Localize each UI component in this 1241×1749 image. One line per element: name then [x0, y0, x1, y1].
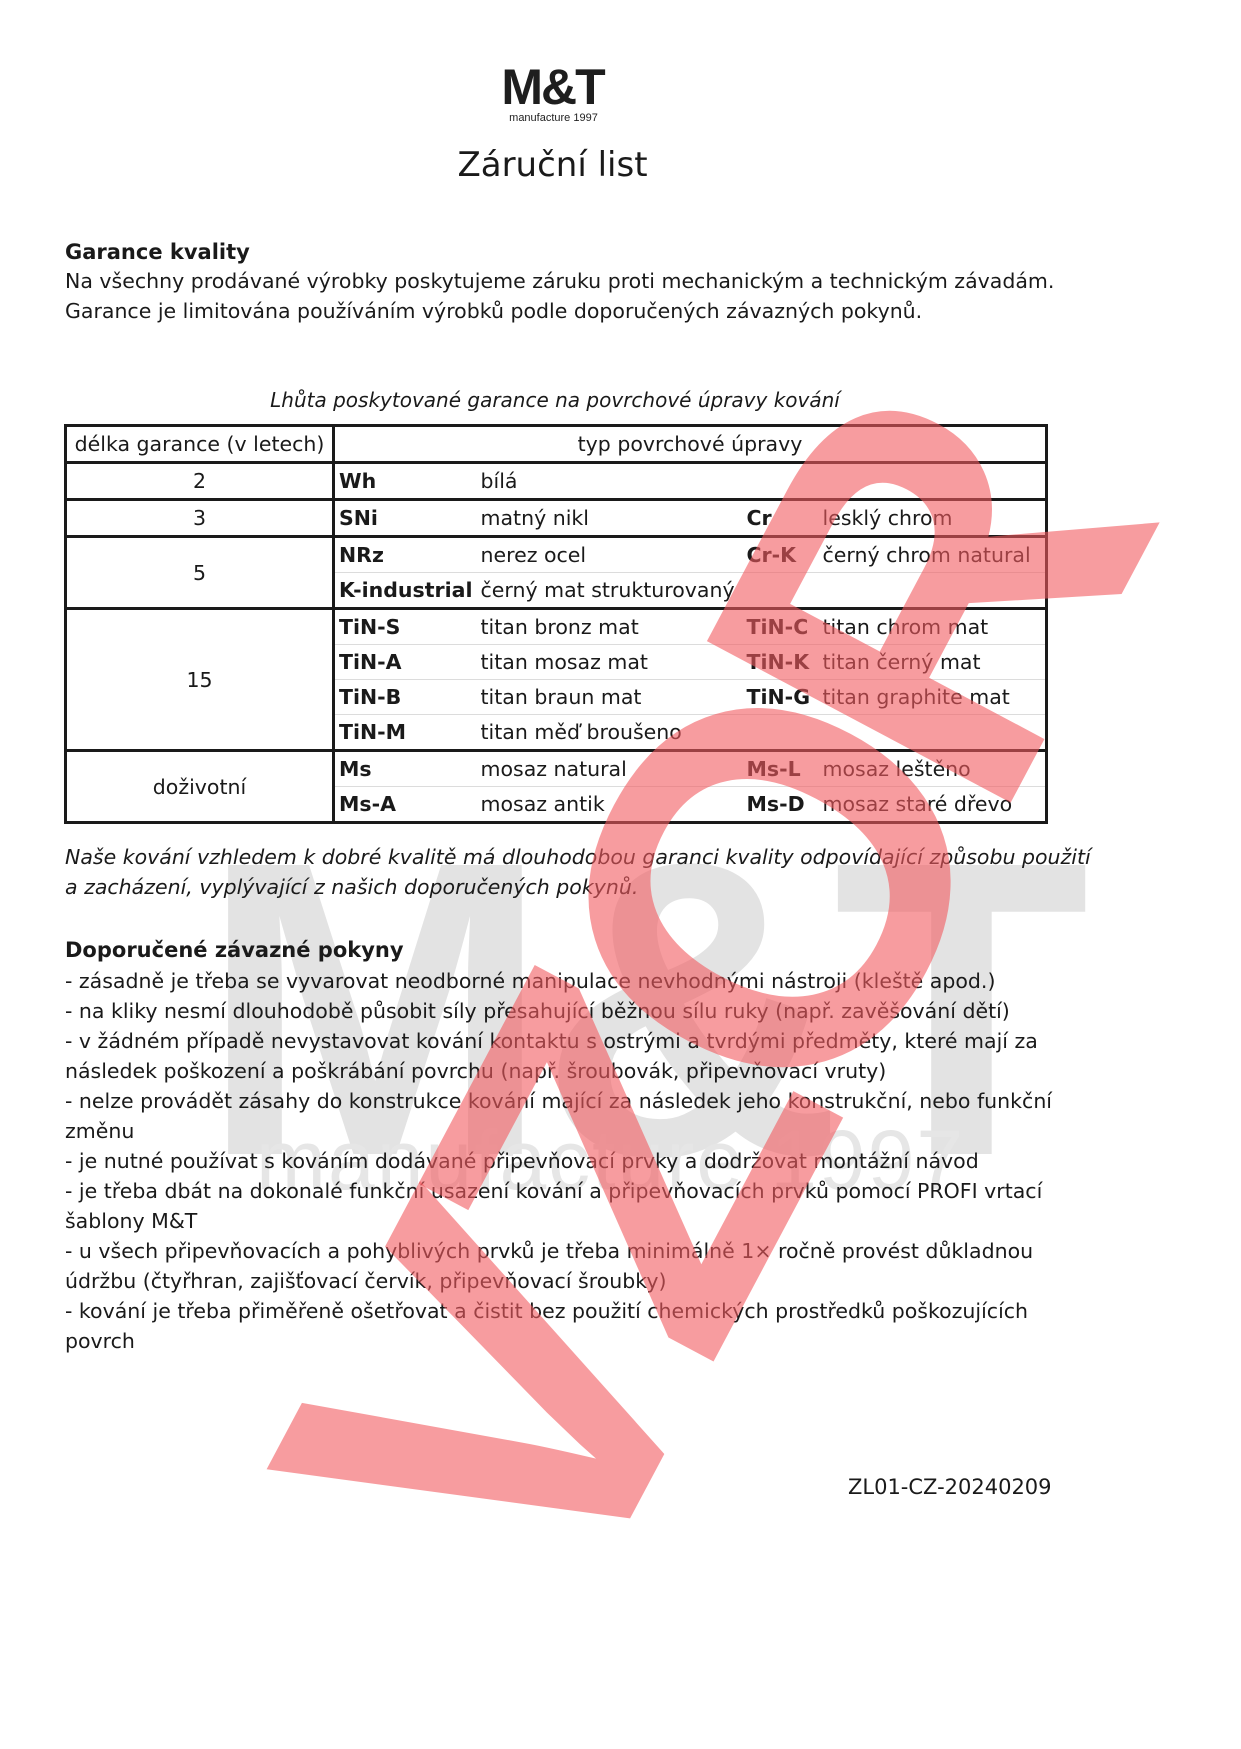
- finish-description: [819, 573, 1047, 609]
- warranty-years: 2: [66, 463, 334, 500]
- finish-description: titan braun mat: [477, 680, 743, 715]
- instruction-line: - nelze provádět zásahy do konstrukce ko…: [65, 1086, 1052, 1116]
- finish-code: TiN-C: [743, 609, 819, 645]
- finish-code: K-industrial: [334, 573, 477, 609]
- finish-description: titan bronz mat: [477, 609, 743, 645]
- page-title: Záruční list: [0, 145, 1105, 185]
- quality-line-2: Garance je limitována používáním výrobků…: [65, 296, 922, 326]
- finish-description: mosaz natural: [477, 751, 743, 787]
- instruction-line: - je nutné používat s kováním dodávané p…: [65, 1146, 979, 1176]
- warranty-years: 15: [66, 609, 334, 751]
- warranty-table: délka garance (v letech) typ povrchové ú…: [64, 424, 1048, 824]
- finish-description: černý chrom natural: [819, 537, 1047, 573]
- finish-description: titan černý mat: [819, 645, 1047, 680]
- quality-line-1: Na všechny prodávané výrobky poskytujeme…: [65, 266, 1054, 296]
- finish-code: Cr: [743, 500, 819, 537]
- instruction-line: - kování je třeba přiměřeně ošetřovat a …: [65, 1296, 1028, 1326]
- instruction-line: změnu: [65, 1116, 134, 1146]
- finish-code: Wh: [334, 463, 477, 500]
- instruction-line: - v žádném případě nevystavovat kování k…: [65, 1026, 1038, 1056]
- finish-code: Cr-K: [743, 537, 819, 573]
- finish-description: titan chrom mat: [819, 609, 1047, 645]
- warranty-years: 3: [66, 500, 334, 537]
- logo-tagline: manufacture 1997: [2, 112, 1105, 124]
- finish-code: [743, 463, 819, 500]
- finish-code: Ms: [334, 751, 477, 787]
- instructions-heading: Doporučené závazné pokyny: [65, 938, 404, 962]
- document-code: ZL01-CZ-20240209: [848, 1475, 1052, 1499]
- table-row: 2Whbílá: [66, 463, 1047, 500]
- finish-code: [743, 715, 819, 751]
- header-finish: typ povrchové úpravy: [334, 426, 1047, 463]
- finish-description: titan mosaz mat: [477, 645, 743, 680]
- finish-code: Ms-A: [334, 787, 477, 823]
- table-row: 3SNimatný niklCrlesklý chrom: [66, 500, 1047, 537]
- table-row: doživotníMsmosaz naturalMs-Lmosaz leštěn…: [66, 751, 1047, 787]
- finish-description: černý mat strukturovaný: [477, 573, 743, 609]
- note-line-1: Naše kování vzhledem k dobré kvalitě má …: [65, 842, 1091, 872]
- finish-description: titan měď broušeno: [477, 715, 743, 751]
- instruction-line: - je třeba dbát na dokonalé funkční usaz…: [65, 1176, 1042, 1206]
- finish-code: Ms-L: [743, 751, 819, 787]
- finish-description: titan graphite mat: [819, 680, 1047, 715]
- header-years: délka garance (v letech): [66, 426, 334, 463]
- warranty-years: doživotní: [66, 751, 334, 823]
- finish-description: lesklý chrom: [819, 500, 1047, 537]
- instruction-line: údržbu (čtyřhran, zajišťovací červík, př…: [65, 1266, 667, 1296]
- instruction-line: povrch: [65, 1326, 135, 1356]
- finish-code: SNi: [334, 500, 477, 537]
- note-line-2: a zacházení, vyplývající z našich doporu…: [65, 872, 638, 902]
- instruction-line: - na kliky nesmí dlouhodobě působit síly…: [65, 996, 1010, 1026]
- finish-description: mosaz leštěno: [819, 751, 1047, 787]
- finish-code: TiN-B: [334, 680, 477, 715]
- finish-code: TiN-S: [334, 609, 477, 645]
- instruction-line: - zásadně je třeba se vyvarovat neodborn…: [65, 966, 995, 996]
- finish-code: TiN-G: [743, 680, 819, 715]
- finish-description: mosaz antik: [477, 787, 743, 823]
- finish-description: [819, 715, 1047, 751]
- finish-description: matný nikl: [477, 500, 743, 537]
- finish-code: TiN-K: [743, 645, 819, 680]
- instruction-line: - u všech připevňovacích a pohyblivých p…: [65, 1236, 1033, 1266]
- warranty-years: 5: [66, 537, 334, 609]
- table-caption: Lhůta poskytované garance na povrchové ú…: [0, 388, 1110, 412]
- finish-description: [819, 463, 1047, 500]
- finish-code: TiN-A: [334, 645, 477, 680]
- finish-code: NRz: [334, 537, 477, 573]
- document-page: M&T manufacture 1997 M&T manufacture 199…: [0, 0, 1105, 1749]
- table-row: 15TiN-Stitan bronz matTiN-Ctitan chrom m…: [66, 609, 1047, 645]
- finish-description: bílá: [477, 463, 743, 500]
- finish-description: mosaz staré dřevo: [819, 787, 1047, 823]
- instruction-line: následek poškození a poškrábání povrchu …: [65, 1056, 886, 1086]
- logo-mark: M&T: [0, 62, 1105, 112]
- company-logo: M&T manufacture 1997: [0, 62, 1105, 124]
- finish-code: [743, 573, 819, 609]
- quality-heading: Garance kvality: [65, 240, 250, 264]
- table-header-row: délka garance (v letech) typ povrchové ú…: [66, 426, 1047, 463]
- instruction-line: šablony M&T: [65, 1206, 197, 1236]
- table-row: 5NRznerez ocelCr-Kčerný chrom natural: [66, 537, 1047, 573]
- finish-code: Ms-D: [743, 787, 819, 823]
- finish-description: nerez ocel: [477, 537, 743, 573]
- finish-code: TiN-M: [334, 715, 477, 751]
